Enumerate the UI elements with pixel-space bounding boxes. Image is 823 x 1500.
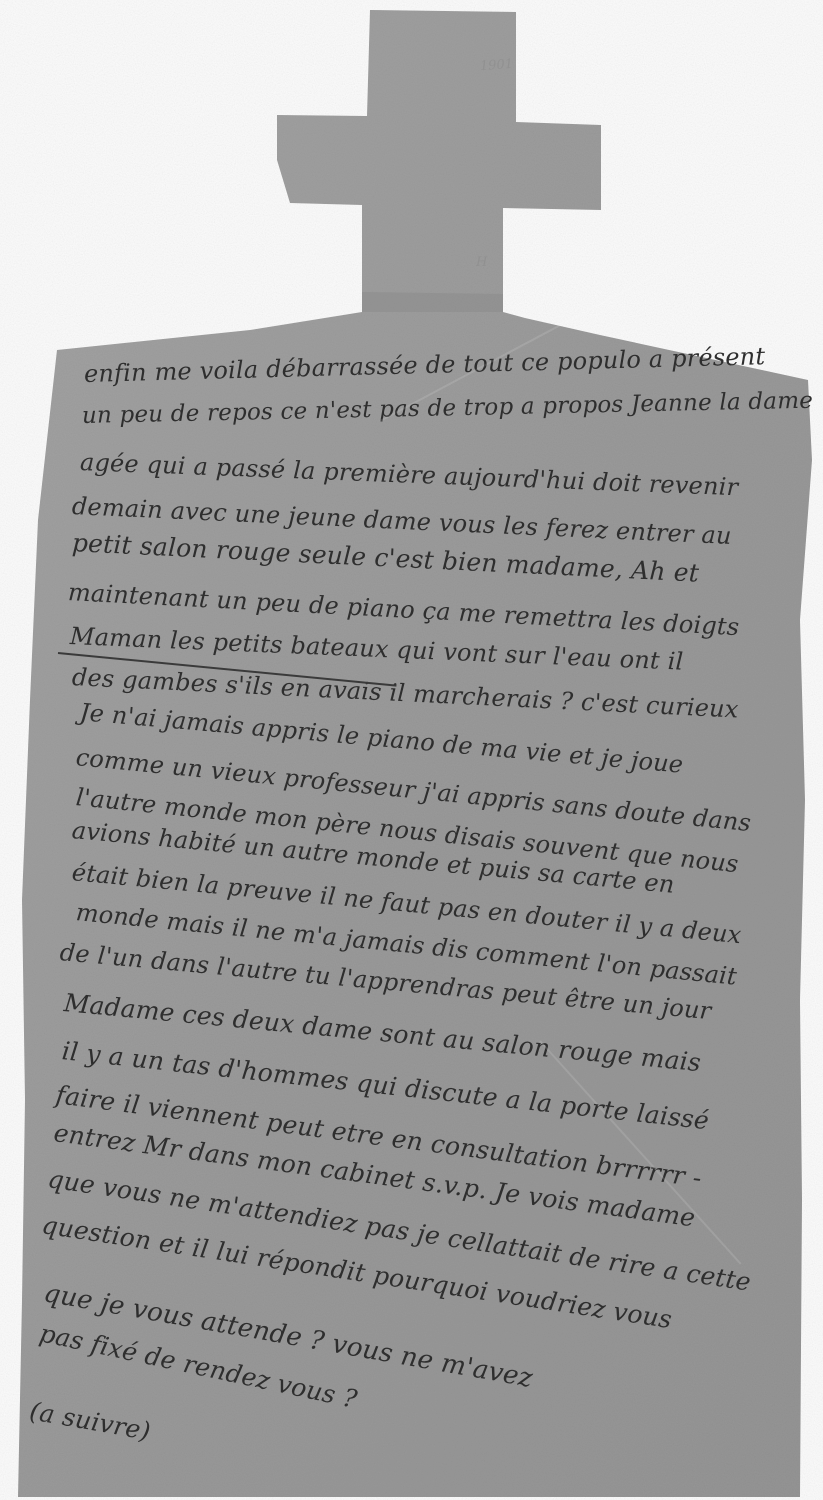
text-line: agée qui a passé la première aujourd'hui… [80, 450, 739, 499]
text-line: (a suivre) [28, 1398, 153, 1444]
text-line: enfin me voila débarrassée de tout ce po… [84, 344, 766, 386]
text-line: un peu de repos ce n'est pas de trop a p… [82, 390, 813, 428]
document-sheet: 1901 H enfin me voila débarrassée de tou… [0, 0, 823, 1500]
letter-body: enfin me voila débarrassée de tout ce po… [0, 0, 823, 1500]
